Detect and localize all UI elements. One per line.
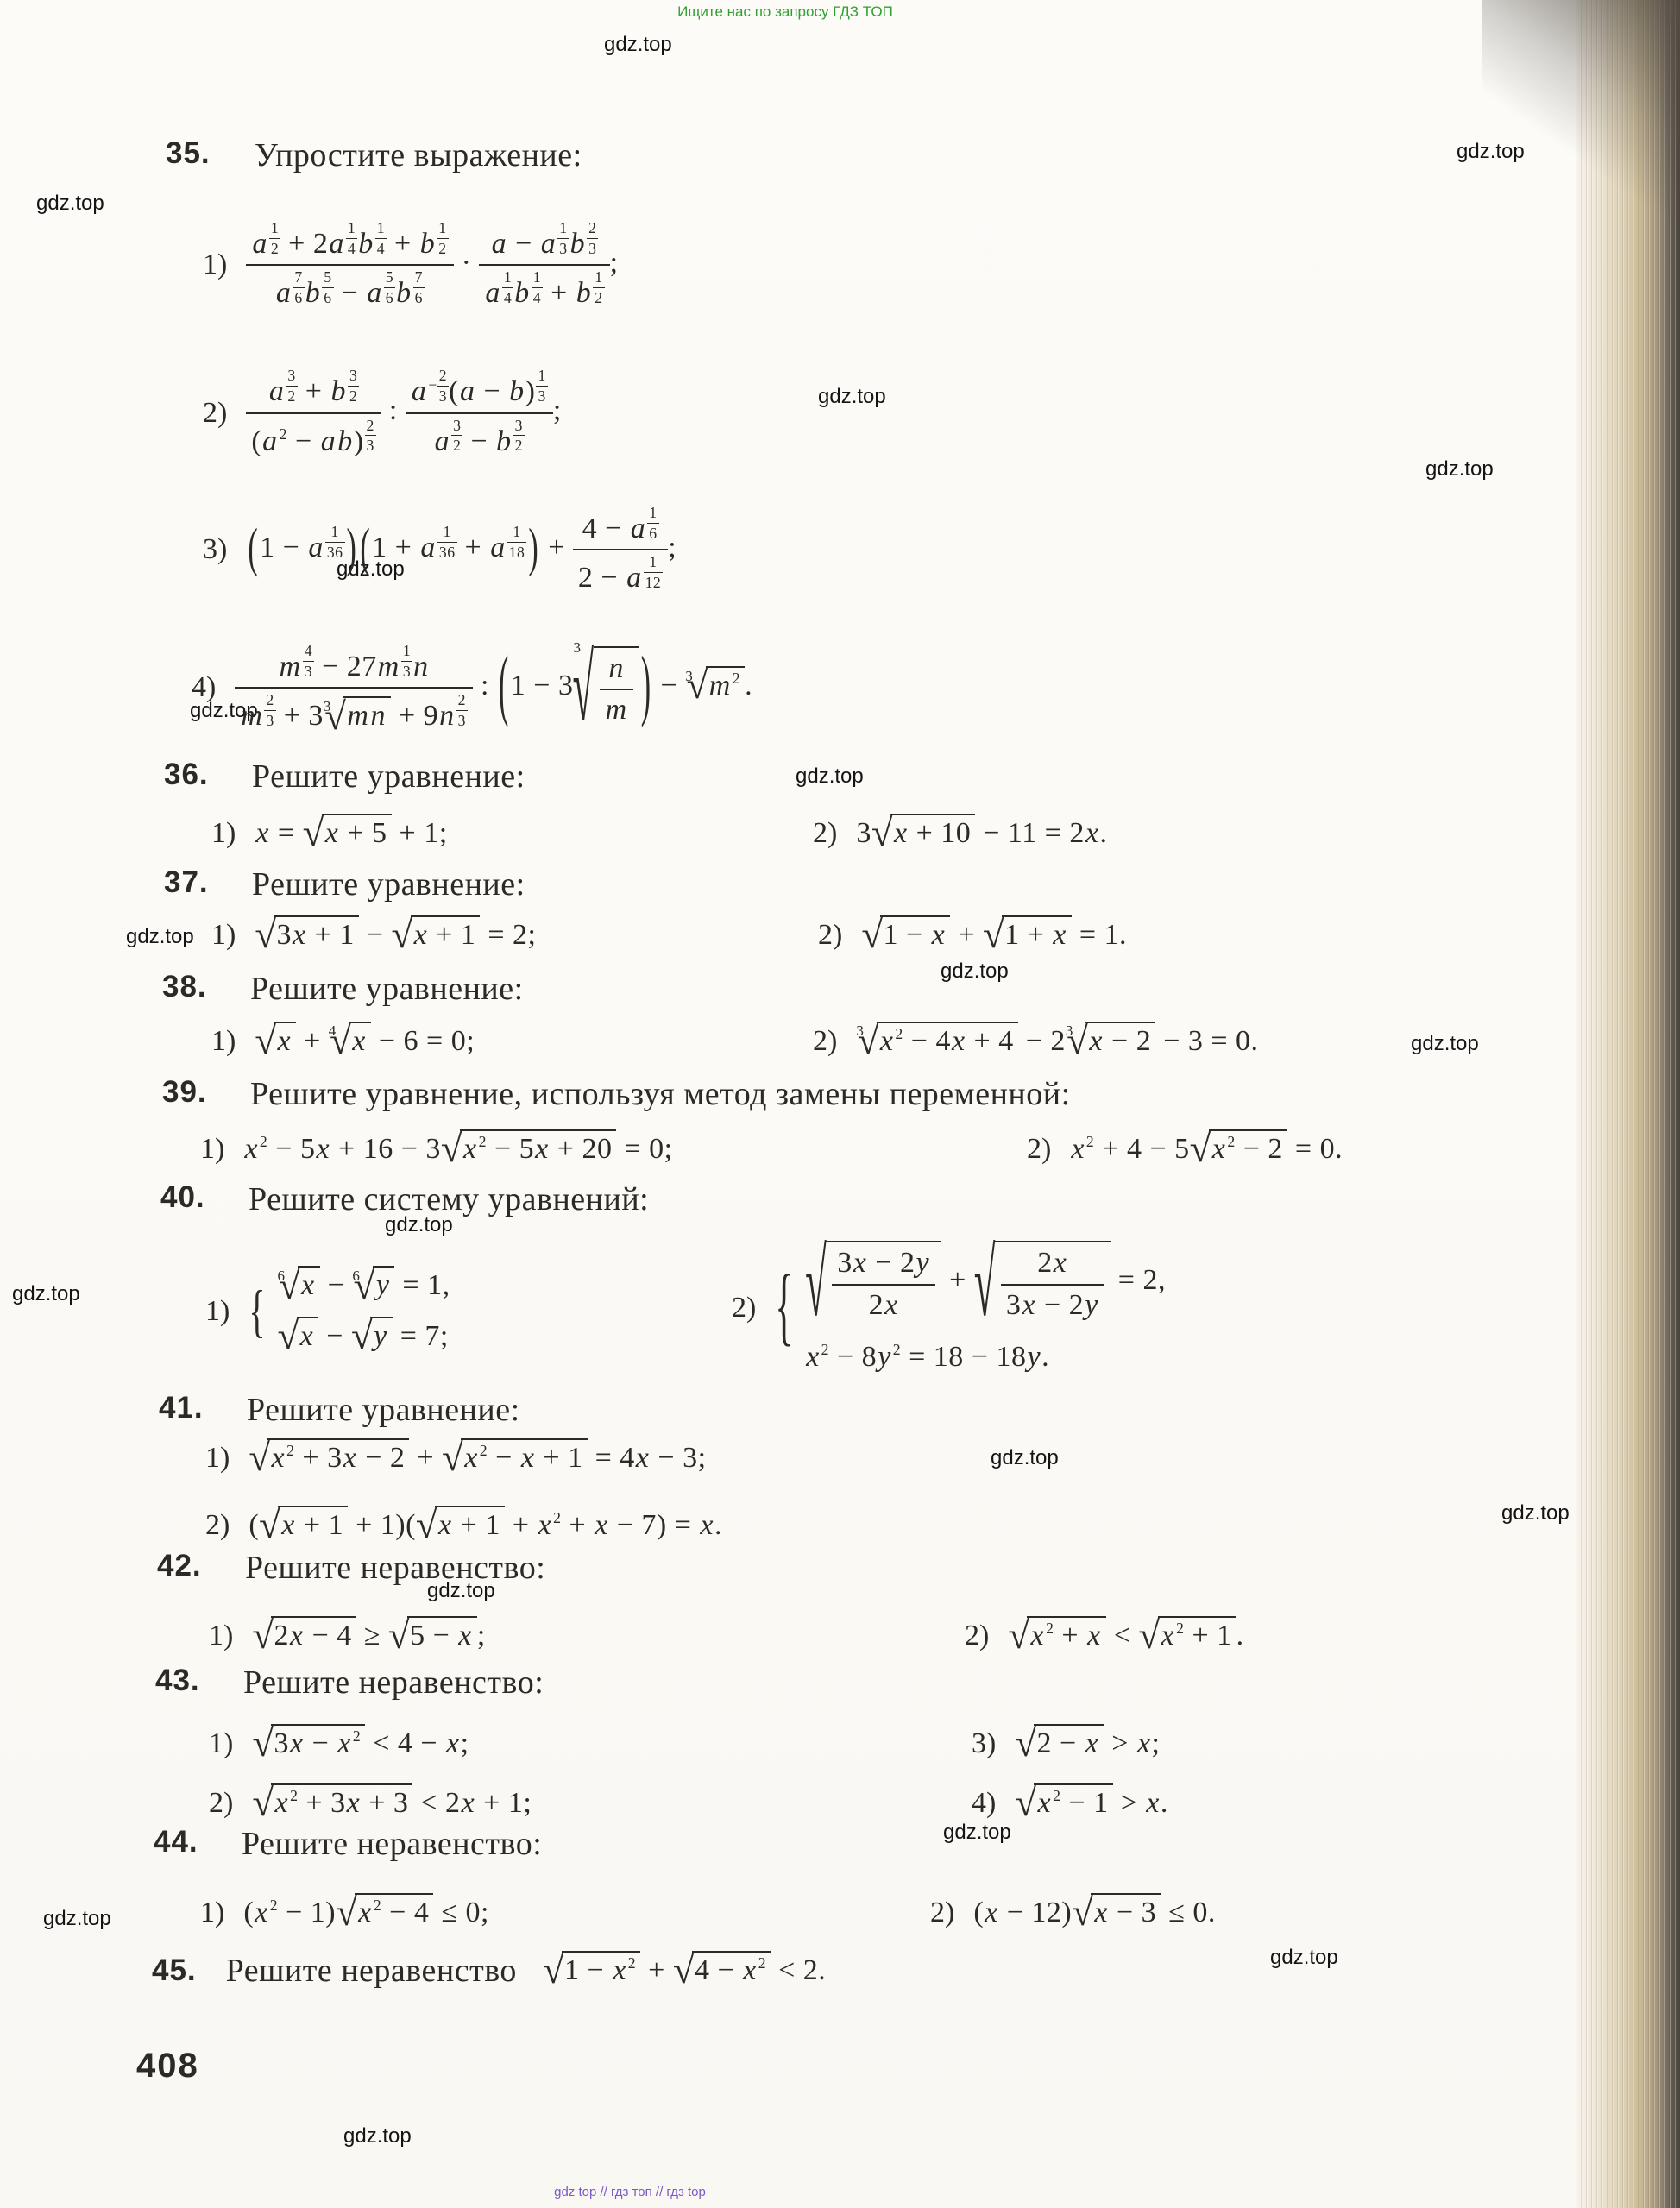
item-38.2: 2)3√x2 − 4x + 4 − 23√x − 2 − 3 = 0. <box>813 1008 1259 1075</box>
problem-number: 41. <box>159 1391 204 1425</box>
radical: √x + 5 <box>303 816 392 852</box>
watermark: gdz.top <box>1270 1946 1338 1970</box>
item-label: 4) <box>192 671 216 704</box>
math-formula: √1 − x2 + √4 − x2 < 2. <box>543 1953 826 1989</box>
radical: 3√x − 2 <box>1066 1024 1155 1060</box>
item-label: 1) <box>211 919 236 952</box>
math-formula: 6√x − 6√y = 1, <box>278 1268 450 1304</box>
math-formula: (x − 12)√x − 3 ≤ 0. <box>973 1896 1216 1931</box>
radical: √x − 3 <box>1072 1896 1161 1931</box>
radical: 3√m2 <box>685 669 745 704</box>
watermark: gdz.top <box>126 925 194 949</box>
watermark: gdz.top <box>1425 457 1494 481</box>
math-formula: √x2 + x < √x2 + 1. <box>1008 1619 1243 1654</box>
equation-system: {6√x − 6√y = 1,√x − √y = 7; <box>249 1268 450 1355</box>
radical: √3x + 1 <box>255 918 358 953</box>
item-43.1: 1)√3x − x2 < 4 − x; <box>209 1713 469 1775</box>
math-formula: √3x − 2y2x + √2x3x − 2y = 2, <box>805 1241 1166 1324</box>
scanned-textbook-page: { "header": { "promo": "Ищите нас по зап… <box>0 0 1680 2208</box>
math-formula: √3x − x2 < 4 − x; <box>252 1727 469 1762</box>
problem-number: 38. <box>162 970 207 1004</box>
problem-number: 39. <box>162 1075 207 1110</box>
math-formula: (1 − a136)(1 + a136 + a118) + 4 − a162 −… <box>246 504 676 596</box>
radical: √x <box>255 1024 296 1060</box>
watermark: gdz.top <box>818 385 886 409</box>
radical: √1 − x2 <box>543 1953 640 1989</box>
radical: √x2 + x <box>1008 1619 1105 1654</box>
math-formula: √x2 + 3x − 2 + √x2 − x + 1 = 4x − 3; <box>249 1441 706 1476</box>
item-43.4: 4)√x2 − 1 > x. <box>972 1771 1168 1836</box>
item-40.2: 2){√3x − 2y2x + √2x3x − 2y = 2,x2 − 8y2 … <box>732 1210 1166 1406</box>
problem-title: Упростите выражение: <box>255 136 582 174</box>
item-35.1: 1)a12 + 2a14b14 + b12a76b56 − a56b76 · a… <box>203 192 619 338</box>
item-label: 2) <box>818 919 842 952</box>
math-formula: a32 + b32(a2 − ab)23 : a−23(a − b)13a32 … <box>246 367 561 459</box>
radical: √2x − 4 <box>252 1619 356 1654</box>
radical: √x + 1 <box>259 1508 348 1544</box>
system-brace: { <box>249 1282 265 1341</box>
radical: √5 − x <box>388 1619 477 1654</box>
radical: √x2 − 4 <box>336 1896 433 1931</box>
item-39.1: 1)x2 − 5x + 16 − 3√x2 − 5x + 20 = 0; <box>200 1115 673 1184</box>
item-42.1: 1)√2x − 4 ≥ √5 − x; <box>209 1605 486 1667</box>
item-label: 1) <box>209 1727 233 1760</box>
radical: √x + 1 <box>391 918 480 953</box>
problem-number: 42. <box>157 1549 202 1583</box>
problem-title: Решите неравенство <box>226 1952 517 1990</box>
item-label: 2) <box>1027 1133 1051 1166</box>
item-43.3: 3)√2 − x > x; <box>972 1713 1160 1775</box>
item-42.2: 2)√x2 + x < √x2 + 1. <box>965 1605 1244 1667</box>
math-formula: a12 + 2a14b14 + b12a76b56 − a56b76 · a −… <box>246 219 618 311</box>
page-number: 408 <box>136 2047 199 2085</box>
problem-title: Решите систему уравнений: <box>249 1180 649 1218</box>
math-formula: √x2 − 1 > x. <box>1015 1786 1168 1821</box>
item-35.2: 2)a32 + b32(a2 − ab)23 : a−23(a − b)13a3… <box>203 342 562 484</box>
problem-title: Решите уравнение: <box>252 865 525 903</box>
book-page-edge <box>1576 0 1680 2208</box>
radical: √x2 + 3x + 3 <box>252 1786 412 1821</box>
radical: √x + 10 <box>871 816 975 852</box>
radical: √1 + x <box>983 918 1072 953</box>
watermark: gdz.top <box>343 2124 412 2148</box>
radical: 3√nm <box>573 646 639 729</box>
item-35.3: 3)(1 − a136)(1 + a136 + a118) + 4 − a162… <box>203 485 676 614</box>
item-39.2: 2)x2 + 4 − 5√x2 − 2 = 0. <box>1027 1115 1343 1184</box>
item-label: 4) <box>972 1787 996 1820</box>
item-label: 2) <box>205 1509 230 1542</box>
item-label: 3) <box>203 533 227 566</box>
problem-number: 37. <box>164 865 209 900</box>
item-label: 1) <box>211 1025 236 1058</box>
radical: 6√x <box>278 1268 320 1304</box>
item-label: 1) <box>205 1295 230 1328</box>
problem-number: 44. <box>154 1825 198 1859</box>
radical: √x2 + 3x − 2 <box>249 1441 409 1476</box>
item-36.2: 2)3√x + 10 − 11 = 2x. <box>813 801 1107 866</box>
problem-title: Решите неравенство: <box>245 1549 545 1587</box>
radical: √x <box>278 1319 319 1355</box>
item-label: 2) <box>203 397 227 430</box>
item-label: 1) <box>200 1897 224 1929</box>
math-formula: (x2 − 1)√x2 − 4 ≤ 0; <box>243 1896 489 1931</box>
problem-number: 36. <box>164 758 209 792</box>
radical: √2x3x − 2y <box>974 1241 1111 1324</box>
item-label: 2) <box>930 1897 954 1929</box>
problem-title: Решите уравнение: <box>252 758 525 796</box>
item-label: 2) <box>965 1620 989 1652</box>
math-formula: m43 − 27m13nm23 + 33√mn + 9n23 : (1 − 33… <box>235 642 752 734</box>
math-formula: (√x + 1 + 1)(√x + 1 + x2 + x − 7) = x. <box>249 1508 722 1544</box>
item-label: 1) <box>211 817 236 850</box>
watermark: gdz.top <box>1501 1501 1570 1525</box>
problem-title: Решите уравнение, используя метод замены… <box>250 1075 1071 1113</box>
item-label: 2) <box>813 1025 837 1058</box>
radical: √1 − x <box>861 918 950 953</box>
problem-45: 45.Решите неравенство√1 − x2 + √4 − x2 <… <box>152 1934 826 2007</box>
item-37.1: 1)√3x + 1 − √x + 1 = 2; <box>211 903 536 968</box>
radical: 4√x <box>329 1024 371 1060</box>
watermark: gdz.top <box>12 1282 80 1306</box>
radical: √4 − x2 <box>673 1953 771 1989</box>
item-label: 1) <box>200 1133 224 1166</box>
radical: √y <box>351 1319 393 1355</box>
radical: √x2 − x + 1 <box>442 1441 588 1476</box>
item-label: 1) <box>203 248 227 281</box>
problem-title: Решите уравнение: <box>250 970 524 1008</box>
item-35.4: 4)m43 − 27m13nm23 + 33√mn + 9n23 : (1 − … <box>192 614 752 761</box>
radical: 6√y <box>352 1268 394 1304</box>
radical: √3x − x2 <box>252 1727 365 1762</box>
radical: 3√x2 − 4x + 4 <box>856 1024 1017 1060</box>
watermark: gdz.top <box>796 764 864 789</box>
watermark: gdz.top <box>604 33 672 57</box>
radical: 3√mn <box>324 699 391 733</box>
radical: √x + 1 <box>416 1508 505 1544</box>
watermark: gdz.top <box>36 192 104 216</box>
item-label: 2) <box>209 1787 233 1820</box>
problem-number: 45. <box>152 1953 197 1988</box>
radical: √2 − x <box>1015 1727 1104 1762</box>
watermark: gdz.top <box>1457 140 1525 164</box>
math-formula: x = √x + 5 + 1; <box>255 816 447 852</box>
search-promo-text: Ищите нас по запросу ГДЗ ТОП <box>587 3 984 21</box>
system-brace: { <box>775 1264 793 1352</box>
radical: √x2 − 5x + 20 <box>441 1132 617 1167</box>
math-formula: 3√x + 10 − 11 = 2x. <box>856 816 1107 852</box>
math-formula: √x + 4√x − 6 = 0; <box>255 1024 475 1060</box>
watermark: gdz.top <box>43 1907 111 1931</box>
watermark: gdz.top <box>991 1446 1059 1470</box>
math-formula: x2 − 5x + 16 − 3√x2 − 5x + 20 = 0; <box>243 1132 672 1167</box>
item-44.2: 2)(x − 12)√x − 3 ≤ 0. <box>930 1879 1216 1947</box>
scan-corner-shadow <box>1482 0 1680 233</box>
math-formula: √x2 + 3x + 3 < 2x + 1; <box>252 1786 532 1821</box>
item-label: 2) <box>813 817 837 850</box>
item-label: 1) <box>205 1442 230 1475</box>
math-formula: x2 + 4 − 5√x2 − 2 = 0. <box>1070 1132 1343 1167</box>
footer-links-text: gdz top // гдз топ // гдз top <box>466 2185 794 2199</box>
problem-number: 43. <box>155 1664 200 1698</box>
equation-system: {√3x − 2y2x + √2x3x − 2y = 2,x2 − 8y2 = … <box>775 1241 1166 1374</box>
problem-title: Решите неравенство: <box>243 1664 544 1702</box>
math-formula: 3√x2 − 4x + 4 − 23√x − 2 − 3 = 0. <box>856 1024 1258 1060</box>
math-formula: √x − √y = 7; <box>278 1319 449 1355</box>
math-formula: √2x − 4 ≥ √5 − x; <box>252 1619 485 1654</box>
math-formula: √1 − x + √1 + x = 1. <box>861 918 1127 953</box>
item-label: 2) <box>732 1292 756 1324</box>
item-36.1: 1)x = √x + 5 + 1; <box>211 801 448 866</box>
item-label: 1) <box>209 1620 233 1652</box>
radical: √3x − 2y2x <box>805 1241 941 1324</box>
radical: √x2 − 1 <box>1015 1786 1112 1821</box>
item-40.1: 1){6√x − 6√y = 1,√x − √y = 7; <box>205 1225 450 1398</box>
math-formula: x2 − 8y2 = 18 − 18y. <box>805 1340 1049 1375</box>
radical: √x2 + 1 <box>1138 1619 1236 1654</box>
problem-title: Решите неравенство: <box>242 1825 542 1863</box>
radical: √x2 − 2 <box>1190 1132 1287 1167</box>
item-38.1: 1)√x + 4√x − 6 = 0; <box>211 1008 475 1075</box>
item-label: 3) <box>972 1727 996 1760</box>
problem-number: 40. <box>160 1180 205 1215</box>
problem-number: 35. <box>166 136 211 171</box>
math-formula: √3x + 1 − √x + 1 = 2; <box>255 918 536 953</box>
math-formula: √2 − x > x; <box>1015 1727 1160 1762</box>
item-37.2: 2)√1 − x + √1 + x = 1. <box>818 903 1127 968</box>
watermark: gdz.top <box>1411 1032 1479 1056</box>
item-41.1: 1)√x2 + 3x − 2 + √x2 − x + 1 = 4x − 3; <box>205 1424 707 1493</box>
